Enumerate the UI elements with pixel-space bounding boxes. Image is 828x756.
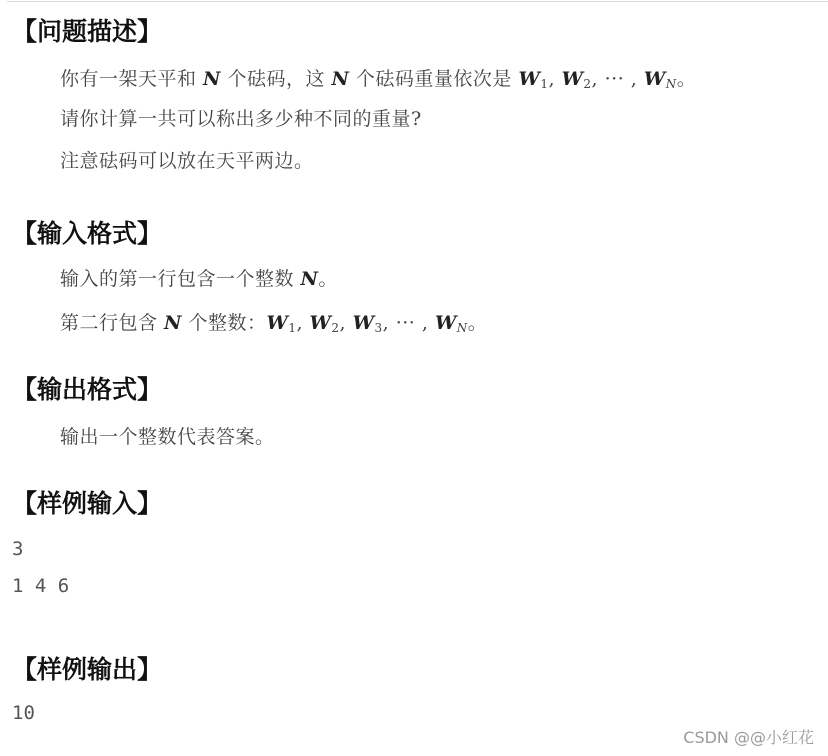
problem-line-1-text-c: 个砝码重量依次是 — [349, 68, 518, 90]
math-var-w: W — [518, 68, 540, 90]
input-format-line-2-text-b: 个整数： — [182, 312, 267, 334]
input-format-line-2-text-a: 第二行包含 — [60, 312, 164, 334]
math-separator: , — [548, 68, 561, 90]
problem-line-1-text-b: 个砝码，这 — [221, 68, 332, 90]
math-subscript: 2 — [583, 77, 591, 91]
math-separator: , ··· , — [383, 312, 435, 334]
output-format-line-1: 输出一个整数代表答案。 — [60, 422, 275, 449]
math-subscript: N — [666, 77, 677, 91]
csdn-watermark: CSDN @@小红花 — [683, 725, 814, 748]
math-var-w: W — [353, 312, 375, 334]
math-var-n: N — [332, 68, 350, 90]
sample-input-line-1: 3 — [12, 538, 23, 560]
math-var-n: N — [203, 68, 221, 90]
math-subscript: 3 — [374, 321, 382, 335]
sample-input-line-2: 1 4 6 — [12, 575, 69, 597]
problem-line-3: 注意砝码可以放在天平两边。 — [60, 146, 314, 173]
sentence-end: 。 — [468, 312, 488, 334]
top-divider — [7, 1, 828, 2]
math-var-n: N — [301, 268, 319, 290]
math-subscript: 2 — [331, 321, 339, 335]
math-var-w: W — [644, 68, 666, 90]
input-format-heading: 【输入格式】 — [12, 214, 162, 250]
math-var-w: W — [435, 312, 457, 334]
math-var-w: W — [266, 312, 288, 334]
math-var-w: W — [562, 68, 584, 90]
problem-line-1-text-a: 你有一架天平和 — [60, 68, 203, 90]
sentence-end: 。 — [677, 68, 697, 90]
input-format-line-1-text: 输入的第一行包含一个整数 — [60, 268, 301, 290]
sample-output-heading: 【样例输出】 — [12, 650, 162, 686]
math-separator: , ··· , — [592, 68, 644, 90]
problem-description-heading: 【问题描述】 — [12, 12, 162, 48]
math-var-n: N — [164, 312, 182, 334]
math-subscript: N — [457, 321, 468, 335]
problem-line-1: 你有一架天平和 N 个砝码，这 N 个砝码重量依次是 W1, W2, ··· ,… — [60, 64, 696, 91]
sample-output-line-1: 10 — [12, 702, 35, 724]
sample-input-heading: 【样例输入】 — [12, 484, 162, 520]
sentence-end: 。 — [318, 268, 338, 290]
math-separator: , — [340, 312, 353, 334]
math-separator: , — [296, 312, 309, 334]
math-var-w: W — [310, 312, 332, 334]
input-format-line-2: 第二行包含 N 个整数：W1, W2, W3, ··· , WN。 — [60, 308, 487, 335]
input-format-line-1: 输入的第一行包含一个整数 N。 — [60, 264, 338, 291]
problem-line-2: 请你计算一共可以称出多少种不同的重量? — [60, 104, 422, 131]
output-format-heading: 【输出格式】 — [12, 370, 162, 406]
